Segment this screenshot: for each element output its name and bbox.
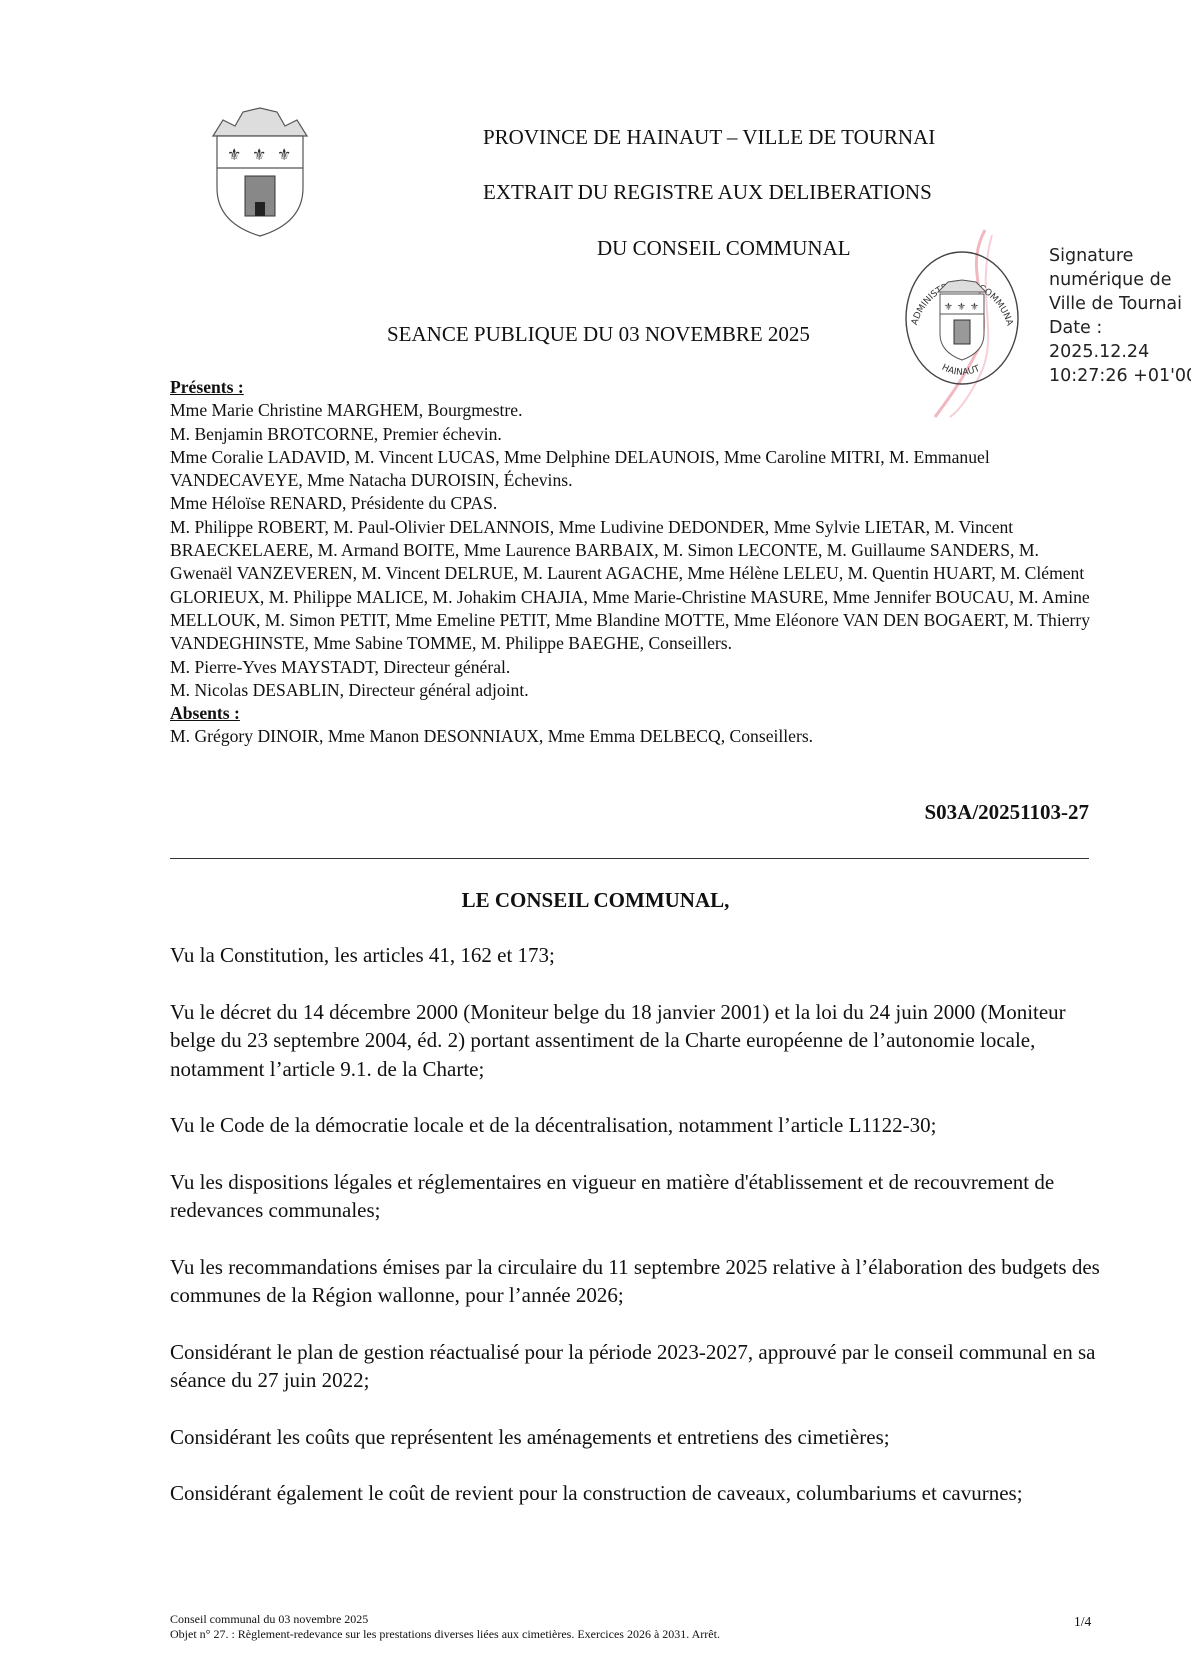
recital-paragraph: Vu le décret du 14 décembre 2000 (Monite… xyxy=(170,998,1100,1084)
page-number: 1/4 xyxy=(1074,1614,1091,1630)
svg-text:⚜: ⚜ xyxy=(944,302,953,313)
recital-paragraph: Vu les recommandations émises par la cir… xyxy=(170,1253,1100,1310)
svg-text:⚜: ⚜ xyxy=(277,145,291,164)
svg-text:⚜: ⚜ xyxy=(227,145,241,164)
svg-text:⚜: ⚜ xyxy=(957,302,966,313)
attendance-block: Présents : Mme Marie Christine MARGHEM, … xyxy=(170,376,1100,749)
present-line: M. Nicolas DESABLIN, Directeur général a… xyxy=(170,679,1100,702)
header-extract: EXTRAIT DU REGISTRE AUX DELIBERATIONS xyxy=(483,180,932,205)
absent-line: M. Grégory DINOIR, Mme Manon DESONNIAUX,… xyxy=(170,725,1100,748)
municipal-seal-icon: ADMINISTRATION COMMUNALE DE TOURNAI HAIN… xyxy=(902,248,1022,388)
tournai-coat-of-arms-icon: ⚜⚜⚜ xyxy=(205,98,315,240)
footer-subject: Objet n° 27. : Règlement-redevance sur l… xyxy=(170,1627,720,1642)
present-line: M. Benjamin BROTCORNE, Premier échevin. xyxy=(170,423,1100,446)
present-line: Mme Marie Christine MARGHEM, Bourgmestre… xyxy=(170,399,1100,422)
present-label: Présents : xyxy=(170,376,1100,399)
recital-paragraph: Vu le Code de la démocratie locale et de… xyxy=(170,1111,1100,1140)
present-line: M. Pierre-Yves MAYSTADT, Directeur génér… xyxy=(170,656,1100,679)
recital-paragraph: Vu les dispositions légales et réglement… xyxy=(170,1168,1100,1225)
recitals: Vu la Constitution, les articles 41, 162… xyxy=(170,941,1100,1536)
recital-paragraph: Considérant le plan de gestion réactuali… xyxy=(170,1338,1100,1395)
footer: Conseil communal du 03 novembre 2025 Obj… xyxy=(170,1612,720,1642)
svg-text:⚜: ⚜ xyxy=(970,302,979,313)
header-province: PROVINCE DE HAINAUT – VILLE DE TOURNAI xyxy=(483,125,935,150)
present-line: Mme Héloïse RENARD, Présidente du CPAS. xyxy=(170,492,1100,515)
separator-rule xyxy=(170,858,1089,859)
recital-paragraph: Vu la Constitution, les articles 41, 162… xyxy=(170,941,1100,970)
svg-text:⚜: ⚜ xyxy=(252,145,266,164)
absent-label: Absents : xyxy=(170,702,1100,725)
present-line: Mme Coralie LADAVID, M. Vincent LUCAS, M… xyxy=(170,446,1100,493)
recital-paragraph: Considérant également le coût de revient… xyxy=(170,1479,1100,1508)
deliberation-reference: S03A/20251103-27 xyxy=(924,800,1089,825)
digital-signature-text: Signature numérique de Ville de Tournai … xyxy=(1049,244,1191,388)
council-heading: LE CONSEIL COMMUNAL, xyxy=(0,888,1191,913)
present-line: M. Philippe ROBERT, M. Paul-Olivier DELA… xyxy=(170,516,1100,656)
header-council: DU CONSEIL COMMUNAL xyxy=(597,236,851,261)
footer-meeting: Conseil communal du 03 novembre 2025 xyxy=(170,1612,720,1627)
recital-paragraph: Considérant les coûts que représentent l… xyxy=(170,1423,1100,1452)
session-title: SEANCE PUBLIQUE DU 03 NOVEMBRE 2025 xyxy=(387,322,810,347)
